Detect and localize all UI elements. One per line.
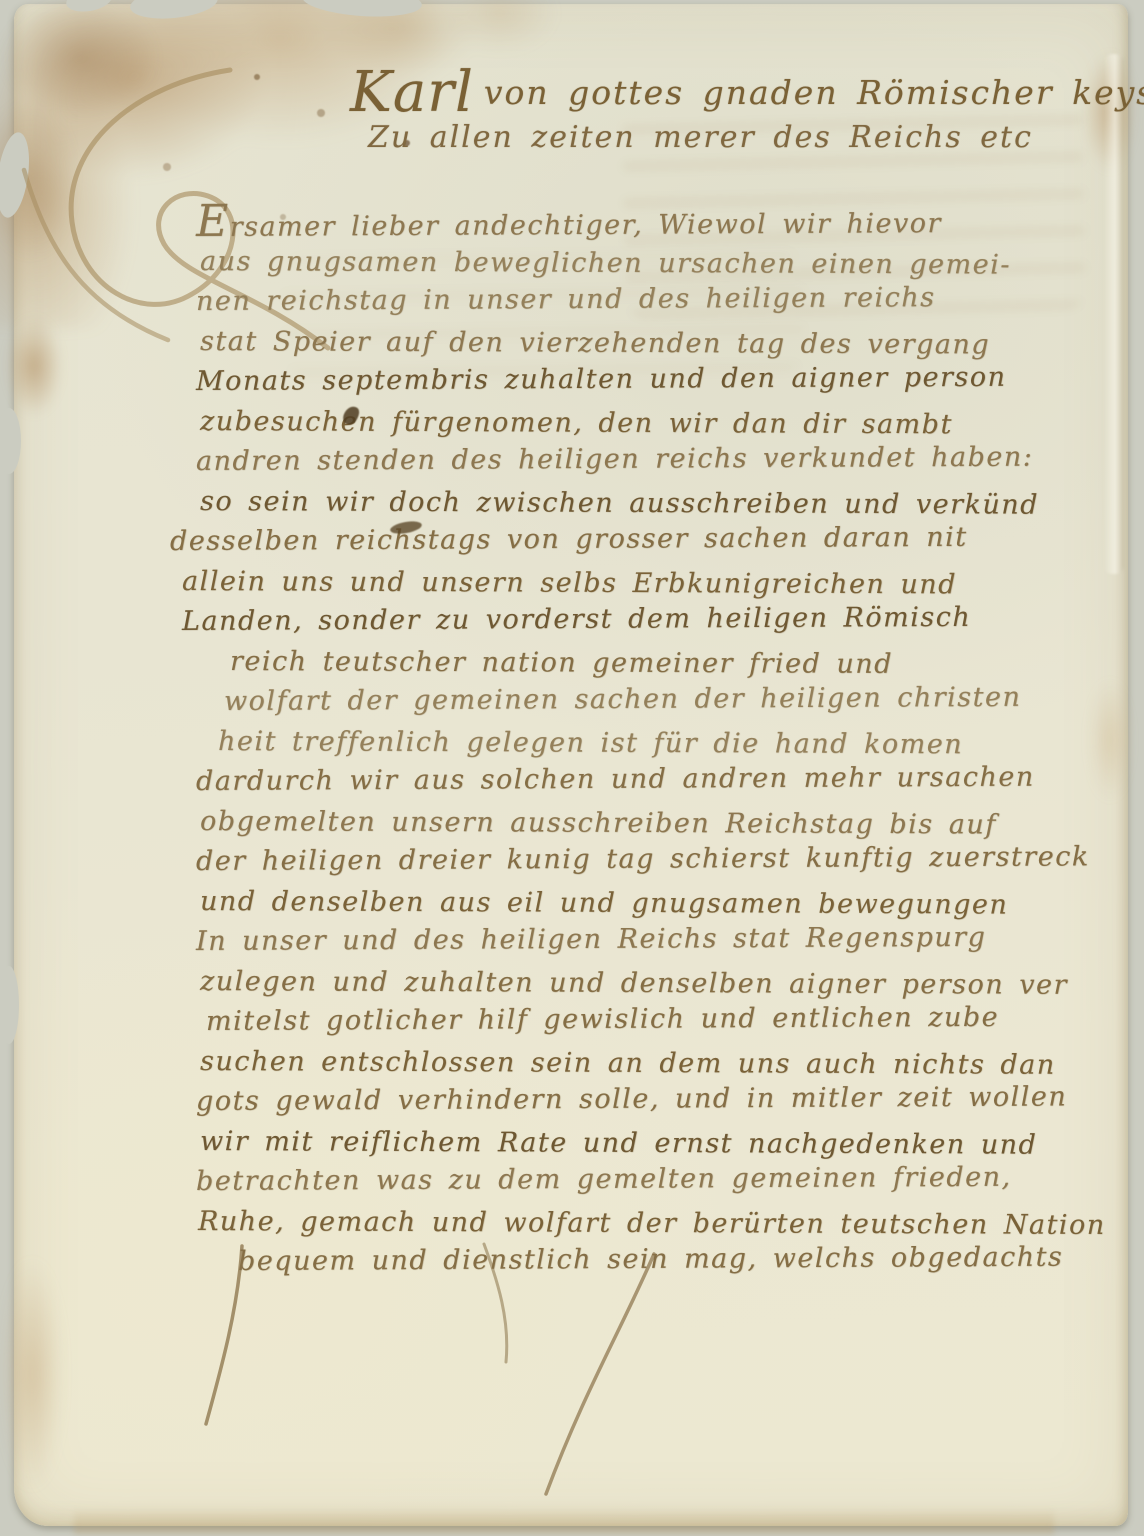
manuscript-line: nen reichstag in unser und des heiligen … bbox=[196, 277, 1126, 322]
manuscript-line: gots gewald verhindern solle, und in mit… bbox=[196, 1077, 1126, 1122]
manuscript-line: Monats septembris zuhalten und den aigne… bbox=[196, 357, 1126, 402]
heading-line-2: Zu allen zeiten merer des Reichs etc bbox=[368, 120, 1033, 155]
stain-bottom-edge bbox=[74, 1508, 1054, 1534]
deckle-notch bbox=[129, 0, 220, 23]
stain-bottom-left-edge bbox=[2, 1259, 62, 1489]
letter-body: Ersamer lieber andechtiger, Wiewol wir h… bbox=[196, 202, 1126, 1282]
manuscript-line: wolfart der gemeinen sachen der heiligen… bbox=[224, 677, 1126, 722]
manuscript-line: desselben reichstags von grosser sachen … bbox=[170, 517, 1126, 562]
deckle-notch bbox=[0, 408, 21, 474]
manuscript-line: Landen, sonder zu vorderst dem heiligen … bbox=[182, 597, 1126, 642]
deckle-notch bbox=[0, 966, 19, 1044]
heading-line-1-rest: von gottes gnaden Römischer keyser bbox=[484, 73, 1144, 112]
manuscript-line: bequem und dienstlich sein mag, welchs o… bbox=[238, 1237, 1126, 1282]
deckle-notch bbox=[301, 0, 423, 20]
manuscript-line: Ersamer lieber andechtiger, Wiewol wir h… bbox=[196, 197, 1126, 242]
manuscript-line: der heiligen dreier kunig tag schierst k… bbox=[196, 837, 1126, 882]
stain-left-edge bbox=[6, 316, 62, 416]
emperor-name: Karl bbox=[350, 60, 474, 125]
manuscript-line: dardurch wir aus solchen und andren mehr… bbox=[196, 757, 1126, 802]
deckle-notch bbox=[64, 0, 113, 15]
descender-flourishes bbox=[154, 1242, 694, 1532]
manuscript-page: Karlvon gottes gnaden Römischer keyser Z… bbox=[14, 4, 1128, 1526]
heading-line-1: Karlvon gottes gnaden Römischer keyser bbox=[350, 60, 1144, 125]
deckle-notch bbox=[0, 130, 34, 219]
manuscript-line: andren stenden des heiligen reichs verku… bbox=[196, 437, 1126, 482]
manuscript-line: In unser und des heiligen Reichs stat Re… bbox=[196, 917, 1126, 962]
stain-freckles bbox=[254, 74, 260, 80]
manuscript-line: betrachten was zu dem gemelten gemeinen … bbox=[196, 1157, 1126, 1202]
manuscript-photo: Karlvon gottes gnaden Römischer keyser Z… bbox=[0, 0, 1144, 1536]
manuscript-line: mitelst gotlicher hilf gewislich und ent… bbox=[206, 997, 1126, 1042]
